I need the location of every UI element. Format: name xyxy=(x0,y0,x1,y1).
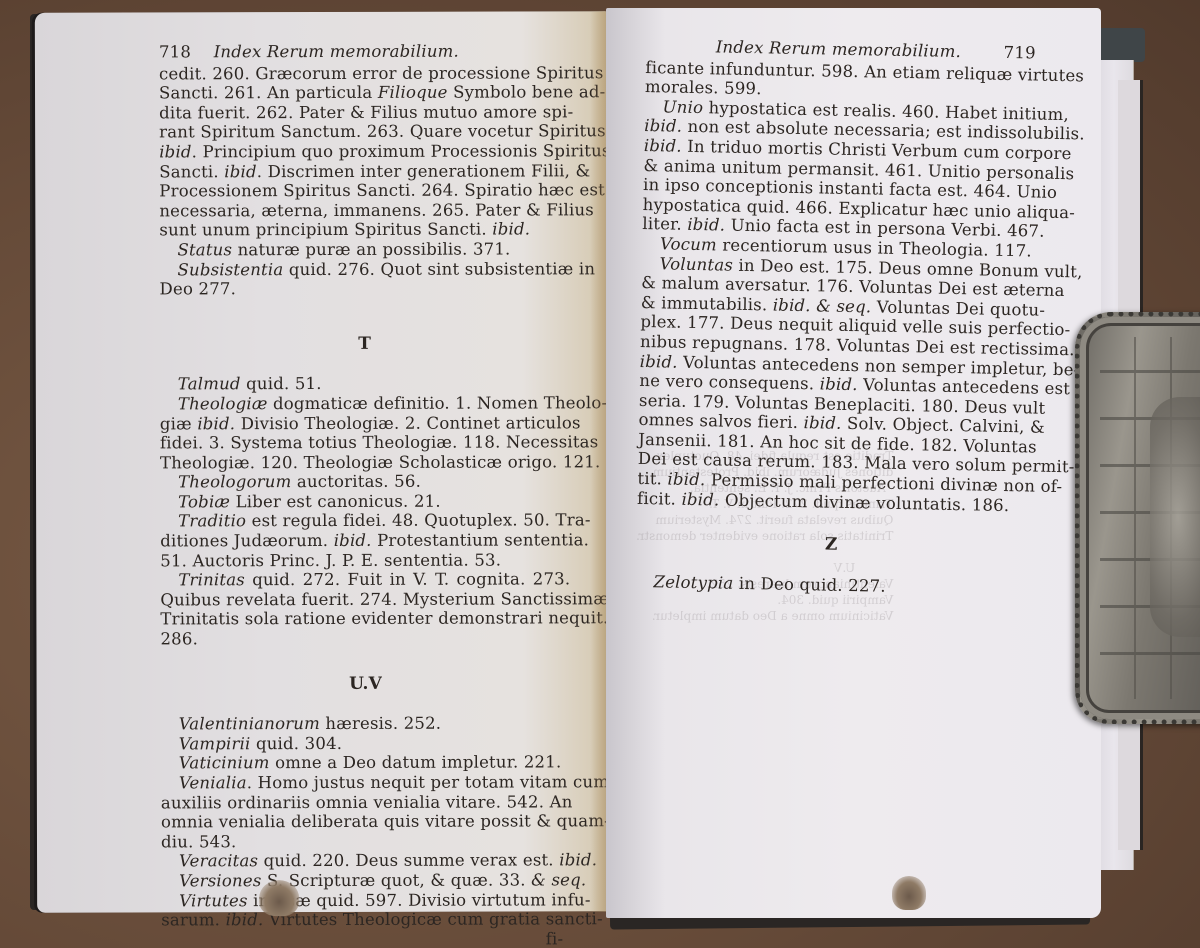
text-line: Theologiæ. 120. Theologiæ Scholasticæ or… xyxy=(160,452,570,473)
right-page: Traditio est regula fidei. 48. Quotuplex… xyxy=(606,8,1101,918)
text-line: Traditio est regula fidei. 48. Quotuplex… xyxy=(160,511,570,532)
metal-clasp xyxy=(1075,312,1200,724)
text-line: necessaria, æterna, immanens. 265. Pater… xyxy=(159,200,569,221)
text-line: Quibus revelata fuerit. 274. Mysterium S… xyxy=(160,589,570,610)
text-line: 286. xyxy=(160,628,570,649)
right-page-text: Index Rerum memorabilium. 719 ficante in… xyxy=(635,36,1036,599)
section-heading-t: T xyxy=(160,334,570,355)
text-line: ibid. Principium quo proximum Procession… xyxy=(159,141,569,162)
index-entry: Tobiæ Liber est canonicus. 21. xyxy=(160,491,570,512)
text-line: omnia venialia deliberata quis vitare po… xyxy=(161,812,571,833)
index-entry: Virtutes infusæ quid. 597. Divisio virtu… xyxy=(161,890,571,930)
index-entry: Venialia. Homo justus nequit per totam v… xyxy=(161,772,571,851)
text-line: Trinitatis sola ratione evidenter demons… xyxy=(160,609,570,630)
index-entry: Talmud quid. 51. xyxy=(160,374,570,395)
left-entries-uv: Valentinianorum hæresis. 252.Vampirii qu… xyxy=(161,714,572,931)
text-line: fidei. 3. Systema totius Theologiæ. 118.… xyxy=(160,432,570,453)
text-line: rant Spiritum Sanctum. 263. Quare vocetu… xyxy=(159,122,569,143)
text-line: Vaticinium omne a Deo datum impletur. 22… xyxy=(161,753,571,774)
right-entries-u: Unio hypostatica est realis. 460. Habet … xyxy=(637,97,1035,516)
running-head-left: Index Rerum memorabilium. xyxy=(214,42,459,62)
text-line: Subsistentia quid. 276. Quot sint subsis… xyxy=(159,259,569,280)
index-entry: Status naturæ puræ an possibilis. 371. xyxy=(159,239,569,260)
text-line: sarum. ibid. Virtutes Theologicæ cum gra… xyxy=(161,910,571,931)
text-line: Tobiæ Liber est canonicus. 21. xyxy=(160,491,570,512)
text-line: Virtutes infusæ quid. 597. Divisio virtu… xyxy=(161,890,571,911)
left-page-text: 718 Index Rerum memorabilium. cedit. 260… xyxy=(159,41,571,948)
text-line: Sancti. 261. An particula Filioque Symbo… xyxy=(159,83,569,104)
text-line: giæ ibid. Divisio Theologiæ. 2. Continet… xyxy=(160,413,570,434)
text-line: cedit. 260. Græcorum error de procession… xyxy=(159,63,569,84)
index-entry: Traditio est regula fidei. 48. Quotuplex… xyxy=(160,511,570,571)
left-entries-s: Status naturæ puræ an possibilis. 371.Su… xyxy=(159,239,569,299)
section-heading-z: Z xyxy=(636,532,1026,559)
text-line: 51. Auctoris Princ. J. P. E. sententia. … xyxy=(160,550,570,571)
water-stain-right xyxy=(892,876,926,910)
text-line: Trinitas quid. 272. Fuit in V. T. cognit… xyxy=(160,570,570,591)
index-entry: Voluntas in Deo est. 175. Deus omne Bonu… xyxy=(637,253,1032,515)
text-line: Veracitas quid. 220. Deus summe verax es… xyxy=(161,851,571,872)
page-number-left: 718 xyxy=(159,42,191,62)
index-entry: Vampirii quid. 304. xyxy=(161,733,571,754)
page-number-right: 719 xyxy=(1003,43,1035,63)
index-entry: Unio hypostatica est realis. 460. Habet … xyxy=(642,97,1035,242)
text-line: Valentinianorum hæresis. 252. xyxy=(161,714,571,735)
text-line: Deo 277. xyxy=(160,278,570,299)
text-line: Theologiæ dogmaticæ definitio. 1. Nomen … xyxy=(160,393,570,414)
index-entry: Theologorum auctoritas. 56. xyxy=(160,472,570,493)
clasp-emblem xyxy=(1150,397,1200,637)
text-line: auxiliis ordinariis omnia venialia vitar… xyxy=(161,792,571,813)
left-running-head: 718 Index Rerum memorabilium. xyxy=(159,41,569,62)
text-line: Vampirii quid. 304. xyxy=(161,733,571,754)
text-line: Sancti. ibid. Discrimen inter generation… xyxy=(159,161,569,182)
text-line: diu. 543. xyxy=(161,831,571,852)
index-entry: Valentinianorum hæresis. 252. xyxy=(161,714,571,735)
index-entry: Veracitas quid. 220. Deus summe verax es… xyxy=(161,851,571,872)
text-line: sunt unum principium Spiritus Sancti. ib… xyxy=(159,220,569,241)
index-entry: Vaticinium omne a Deo datum impletur. 22… xyxy=(161,753,571,774)
text-line: ditiones Judæorum. ibid. Protestantium s… xyxy=(160,530,570,551)
catchword: fi- xyxy=(161,929,571,948)
text-line: Theologorum auctoritas. 56. xyxy=(160,472,570,493)
index-entry: Subsistentia quid. 276. Quot sint subsis… xyxy=(159,259,569,299)
text-line: Processionem Spiritus Sancti. 264. Spira… xyxy=(159,181,569,202)
index-entry: Trinitas quid. 272. Fuit in V. T. cognit… xyxy=(160,570,570,649)
left-page: 718 Index Rerum memorabilium. cedit. 260… xyxy=(35,11,609,912)
index-entry: Versiones S. Scripturæ quot, & quæ. 33. … xyxy=(161,870,571,891)
text-line: Versiones S. Scripturæ quot, & quæ. 33. … xyxy=(161,870,571,891)
text-line: dita fuerit. 262. Pater & Filius mutuo a… xyxy=(159,102,569,123)
left-continuation: cedit. 260. Græcorum error de procession… xyxy=(159,63,569,240)
text-line: Talmud quid. 51. xyxy=(160,374,570,395)
section-heading-uv: U.V xyxy=(161,674,571,695)
text-line: Venialia. Homo justus nequit per totam v… xyxy=(161,772,571,793)
running-head-right: Index Rerum memorabilium. xyxy=(716,37,962,61)
index-entry: Theologiæ dogmaticæ definitio. 1. Nomen … xyxy=(160,393,570,472)
text-line: Status naturæ puræ an possibilis. 371. xyxy=(159,239,569,260)
left-entries-t: Talmud quid. 51.Theologiæ dogmaticæ defi… xyxy=(160,374,571,649)
water-stain-left xyxy=(259,880,299,916)
